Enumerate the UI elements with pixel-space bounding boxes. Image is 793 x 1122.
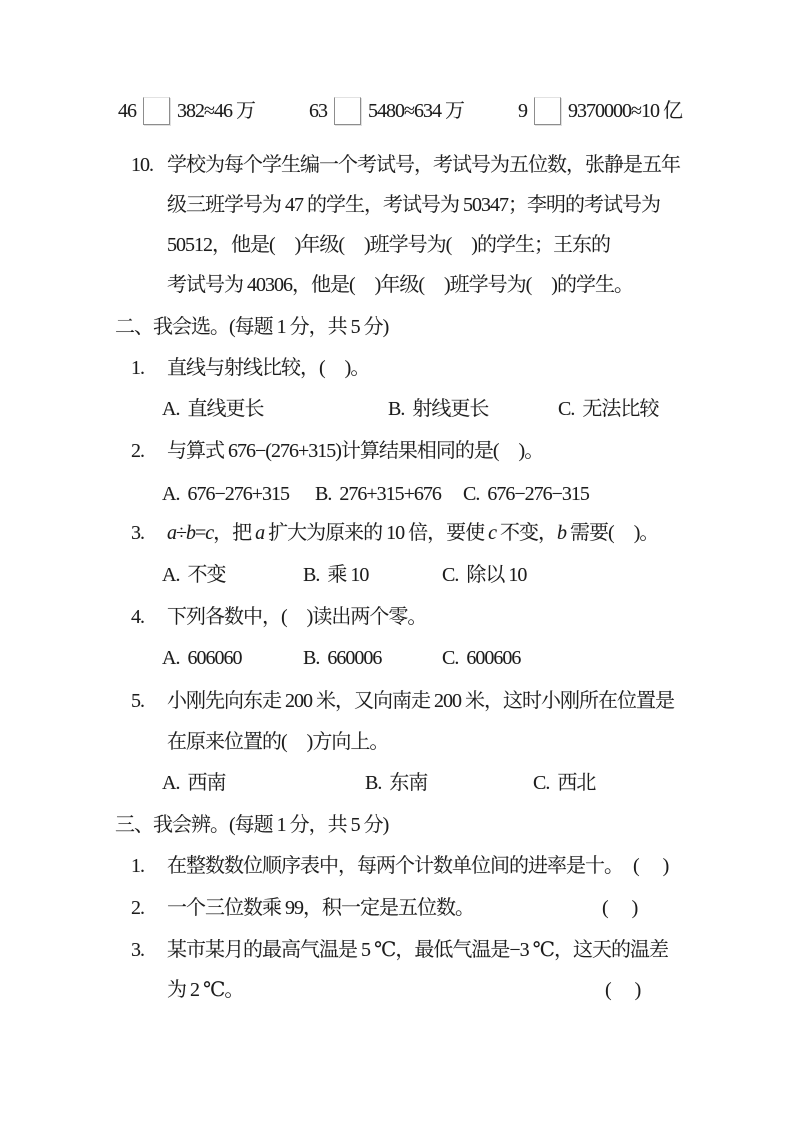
question-text: 扩大为原来的 10 倍，要使 — [264, 522, 488, 544]
question-text: 与算式 676−(276+315)计算结果相同的是( )。 — [167, 440, 543, 462]
approx-suffix: 9370000≈10 亿 — [568, 100, 682, 122]
question-10-line-2: 级三班学号为 47 的学生，考试号为 50347；李明的考试号为 — [167, 192, 660, 218]
approximation-fill-line: 46382≈46 万635480≈634 万99370000≈10 亿 — [118, 97, 682, 125]
s2-question-5-line-1: 5.小刚先向东走 200 米，又向南走 200 米，这时小刚所在位置是 — [131, 688, 674, 714]
s3-question-2: 2.一个三位数乘 99，积一定是五位数。 — [131, 895, 474, 921]
approx-prefix: 9 — [518, 100, 527, 122]
variable-a: a — [167, 522, 176, 544]
question-number: 2. — [131, 895, 167, 921]
s2-q2-options: A. 676−276+315 B. 276+315+676 C. 676−276… — [0, 481, 793, 507]
option-b: B. 东南 — [365, 770, 427, 796]
s2-question-4: 4.下列各数中，( )读出两个零。 — [131, 604, 426, 630]
question-text: 不变， — [496, 522, 557, 544]
variable-a: a — [255, 522, 264, 544]
question-number: 10. — [131, 152, 167, 178]
option-b: B. 射线更长 — [388, 396, 488, 422]
exam-sheet: 46382≈46 万635480≈634 万99370000≈10 亿 10.学… — [0, 0, 793, 1122]
s3-question-3-line-1: 3.某市某月的最高气温是 5 ℃，最低气温是−3 ℃，这天的温差 — [131, 937, 668, 963]
s2-q5-options: A. 西南 B. 东南 C. 西北 — [0, 770, 793, 796]
option-c: C. 无法比较 — [558, 396, 658, 422]
s3-question-3-line-2: 为 2 ℃。 — [167, 977, 243, 1003]
question-10-line-1: 10.学校为每个学生编一个考试号，考试号为五位数，张静是五年 — [131, 152, 680, 178]
answer-blank: ( ) — [633, 855, 668, 877]
variable-c: c — [488, 522, 496, 544]
question-text: ，把 — [213, 522, 255, 544]
option-a: A. 606060 — [162, 645, 241, 671]
digit-blank-box — [143, 97, 170, 125]
question-number: 1. — [131, 853, 167, 879]
s2-q3-options: A. 不变 B. 乘 10 C. 除以 10 — [0, 562, 793, 588]
question-text: 需要( )。 — [566, 522, 658, 544]
option-a: A. 不变 — [162, 562, 225, 588]
variable-c: c — [205, 522, 213, 544]
s2-question-3: 3.a÷b=c，把 a 扩大为原来的 10 倍，要使 c 不变，b 需要( )。 — [131, 520, 658, 546]
variable-b: b — [557, 522, 566, 544]
approx-item-1: 46382≈46 万 — [118, 97, 255, 125]
question-text: 某市某月的最高气温是 5 ℃，最低气温是−3 ℃，这天的温差 — [167, 939, 668, 961]
variable-b: b — [186, 522, 195, 544]
option-b: B. 660006 — [303, 645, 381, 671]
s2-question-2: 2.与算式 676−(276+315)计算结果相同的是( )。 — [131, 438, 543, 464]
question-10-line-3: 50512，他是( )年级( )班学号为( )的学生；王东的 — [167, 232, 610, 258]
answer-blank: ( ) — [605, 977, 640, 1003]
s2-q1-options: A. 直线更长 B. 射线更长 C. 无法比较 — [0, 396, 793, 422]
question-number: 1. — [131, 355, 167, 381]
question-number: 5. — [131, 688, 167, 714]
question-text: 下列各数中，( )读出两个零。 — [167, 606, 426, 628]
option-c: C. 西北 — [533, 770, 595, 796]
question-text: 在整数数位顺序表中，每两个计数单位间的进率是十。 — [167, 855, 623, 877]
option-b: B. 乘 10 — [303, 562, 368, 588]
digit-blank-box — [534, 97, 561, 125]
option-c: C. 600606 — [442, 645, 520, 671]
option-c: C. 676−276−315 — [463, 481, 589, 507]
question-number: 3. — [131, 937, 167, 963]
section-three-title: 三、我会辨。(每题 1 分，共 5 分) — [115, 812, 388, 838]
option-a: A. 直线更长 — [162, 396, 263, 422]
s2-question-1: 1.直线与射线比较，( )。 — [131, 355, 369, 381]
operator: ÷ — [176, 522, 186, 544]
operator: = — [195, 522, 205, 544]
question-text: 小刚先向东走 200 米，又向南走 200 米，这时小刚所在位置是 — [167, 690, 674, 712]
question-number: 2. — [131, 438, 167, 464]
approx-prefix: 46 — [118, 100, 136, 122]
approx-suffix: 382≈46 万 — [177, 100, 255, 122]
option-a: A. 西南 — [162, 770, 225, 796]
option-c: C. 除以 10 — [442, 562, 526, 588]
question-number: 3. — [131, 520, 167, 546]
approx-prefix: 63 — [309, 100, 327, 122]
question-number: 4. — [131, 604, 167, 630]
option-a: A. 676−276+315 — [162, 481, 289, 507]
s2-q4-options: A. 606060 B. 660006 C. 600606 — [0, 645, 793, 671]
s3-question-1: 1.在整数数位顺序表中，每两个计数单位间的进率是十。( ) — [131, 853, 668, 879]
approx-item-3: 99370000≈10 亿 — [518, 97, 682, 125]
question-text: 直线与射线比较，( )。 — [167, 357, 369, 379]
s2-question-5-line-2: 在原来位置的( )方向上。 — [167, 729, 388, 755]
approx-suffix: 5480≈634 万 — [368, 100, 464, 122]
answer-blank: ( ) — [602, 895, 637, 921]
section-two-title: 二、我会选。(每题 1 分，共 5 分) — [115, 314, 388, 340]
approx-item-2: 635480≈634 万 — [309, 97, 464, 125]
question-text: 学校为每个学生编一个考试号，考试号为五位数，张静是五年 — [167, 154, 680, 176]
digit-blank-box — [334, 97, 361, 125]
option-b: B. 276+315+676 — [315, 481, 441, 507]
question-10-line-4: 考试号为 40306，他是( )年级( )班学号为( )的学生。 — [167, 272, 633, 298]
question-text: 一个三位数乘 99，积一定是五位数。 — [167, 897, 474, 919]
